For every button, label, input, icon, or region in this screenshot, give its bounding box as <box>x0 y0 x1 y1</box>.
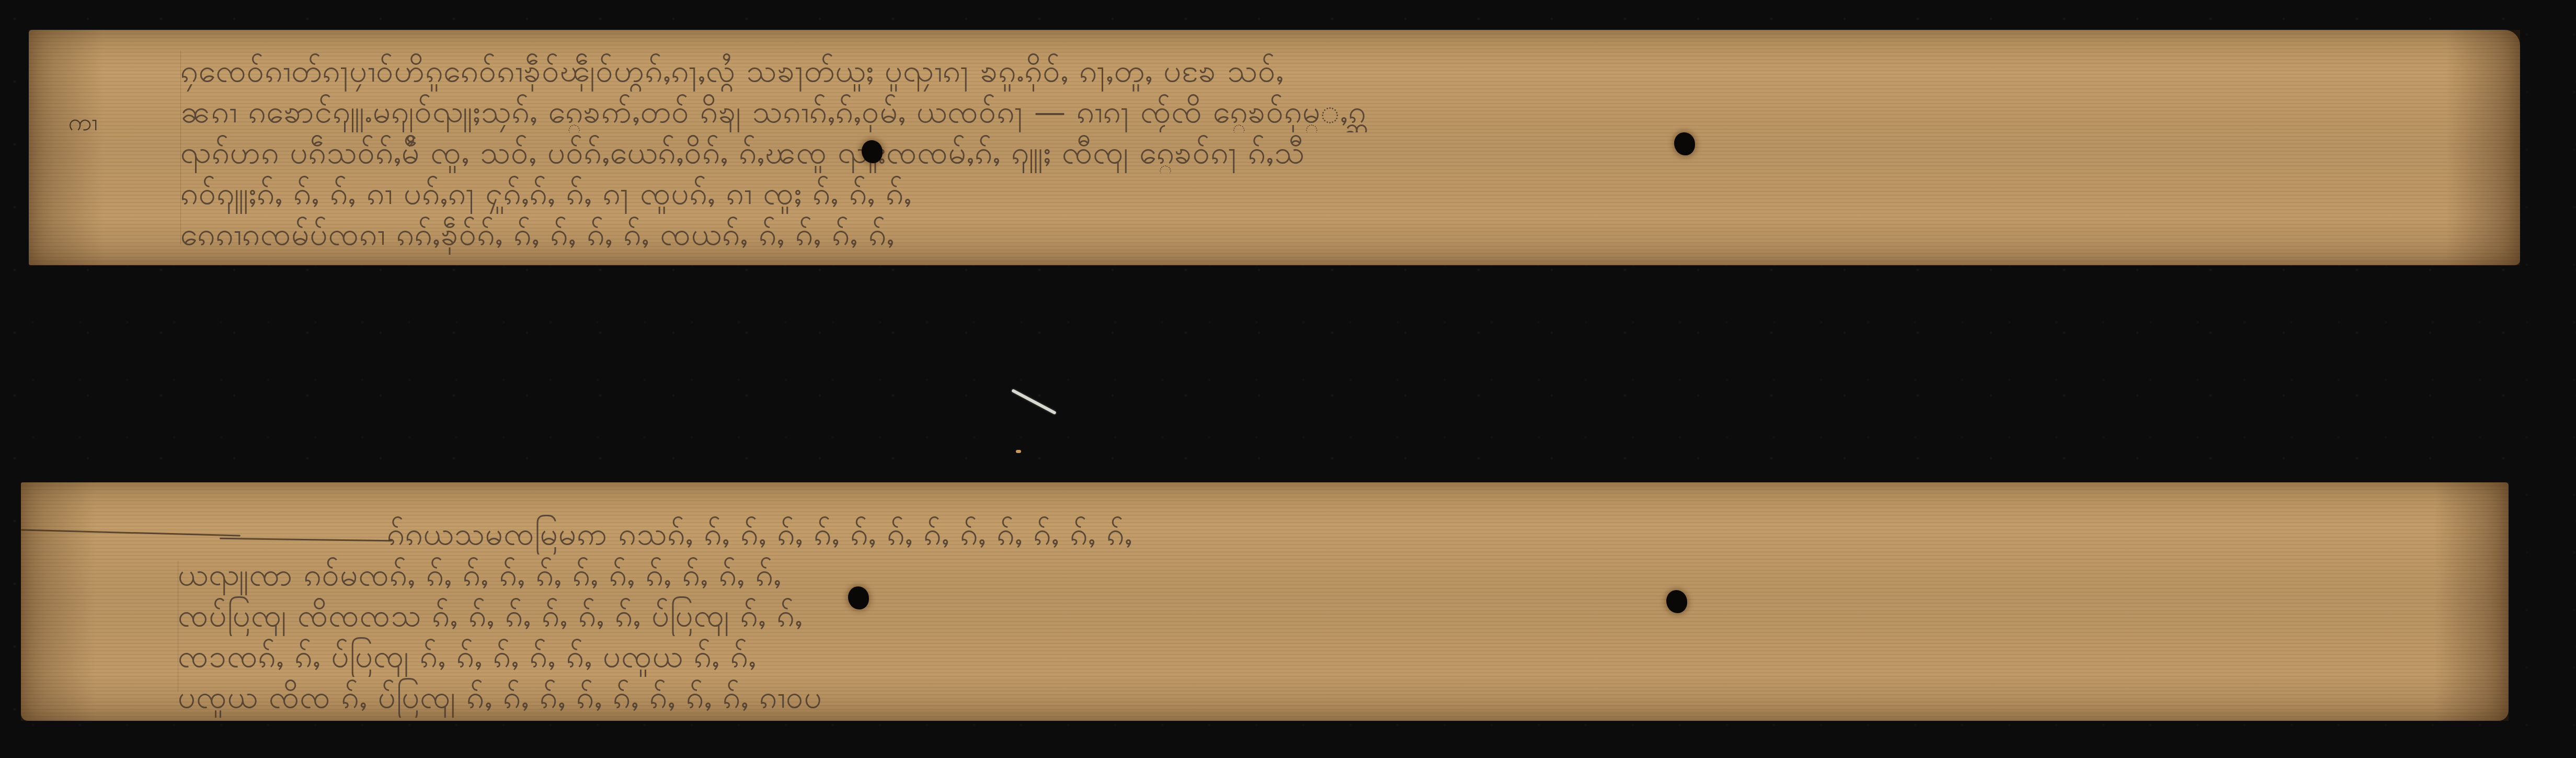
text-line: ၸ၁ၸၵ်ႇ ၵ်ႇ ပ်ပြၸျ ၵ်ႇ ၵ်ႇ ၵ်ႇ ၵ်ႇ ၵ်ႇ ပၸ… <box>178 636 2363 677</box>
binding-hole <box>1674 132 1695 155</box>
binding-hole <box>1666 590 1687 613</box>
text-line: ၸပ်ပြၸျ ၸိၸၸသ ၵ်ႇ ၵ်ႇ ၵ်ႇ ၵ်ႇ ၵ်ႇ ၵ်ႇ ပ်… <box>178 595 2363 636</box>
text-line: ၺၵ်ဟၵ ပၵဵသဝ်ၵ်ႇမဵႆ ၸူႇ သဝ်ႇ ပဝ်ၵ်ႇယေၵ်ႇဝ… <box>180 132 2376 173</box>
text-line: ၵ်ၵယသမၸမြမၵာ ၵသၵ်ႇ ၵ်ႇ ၵ်ႇ ၵ်ႇ ၵ်ႇ ၵ်ႇ ၵ… <box>178 514 2363 555</box>
text-line: ယၺူၸာ ၵဝ်မၸၵ်ႇ ၵ်ႇ ၵ်ႇ ၵ်ႇ ၵ်ႇ ၵ်ႇ ၵ်ႇ ၵ… <box>178 555 2363 595</box>
text-block: ၵ်ၵယသမၸမြမၵာ ၵသၵ်ႇ ၵ်ႇ ၵ်ႇ ၵ်ႇ ၵ်ႇ ၵ်ႇ ၵ… <box>178 514 2363 718</box>
text-line: ၵၠၸေဝ်ၵၢတ်ၵႃပၠၢဝ်ဟိၵူၵေဝ်ၵၢၶဵုဝ်ၾဵုဝ်ဟွၵ… <box>180 51 2376 92</box>
text-block: ၵၠၸေဝ်ၵၢတ်ၵႃပၠၢဝ်ဟိၵူၵေဝ်ၵၢၶဵုဝ်ၾဵုဝ်ဟွၵ… <box>180 51 2376 255</box>
binding-hole <box>862 140 883 163</box>
palm-leaf-folio-bottom: ၵ်ၵယသမၸမြမၵာ ၵသၵ်ႇ ၵ်ႇ ၵ်ႇ ၵ်ႇ ၵ်ႇ ၵ်ႇ ၵ… <box>21 482 2509 721</box>
text-line: ပၸူယ ၸိၸ ၵ်ႇ ပ်ပြၸျ ၵ်ႇ ၵ်ႇ ၵ်ႇ ၵ်ႇ ၵ်ႇ … <box>178 677 2363 718</box>
text-line: ၼၵၢ ၵၶောင်ၵျူႉမၵျဝ်ၺူႈသၠၵ်ႇ ၵ္ၶေၵာ်ႇတဝ် … <box>180 92 2376 132</box>
folio-number: ကၢ <box>68 107 99 142</box>
palm-leaf-folio-top: ကၢ ၵၠၸေဝ်ၵၢတ်ၵႃပၠၢဝ်ဟိၵူၵေဝ်ၵၢၶဵုဝ်ၾဵုဝ်… <box>29 30 2520 265</box>
debris-speck <box>1016 450 1021 453</box>
text-line: ၵဝ်ၵျူႈၵ်ႇ ၵ်ႇ ၵ်ႇ ၵၢ ပၵ်ႇၵႃ ႁူၵ်ႇၵ်ႇ ၵ်… <box>180 173 2376 214</box>
text-line: ၵေၵၢၵၸမ်ပ်ၸၵၢ ၵၵ်ႇၶဵုဝ်ၵ်ႇ ၵ်ႇ ၵ်ႇ ၵ်ႇ ၵ… <box>180 214 2376 255</box>
binding-hole <box>848 586 869 609</box>
